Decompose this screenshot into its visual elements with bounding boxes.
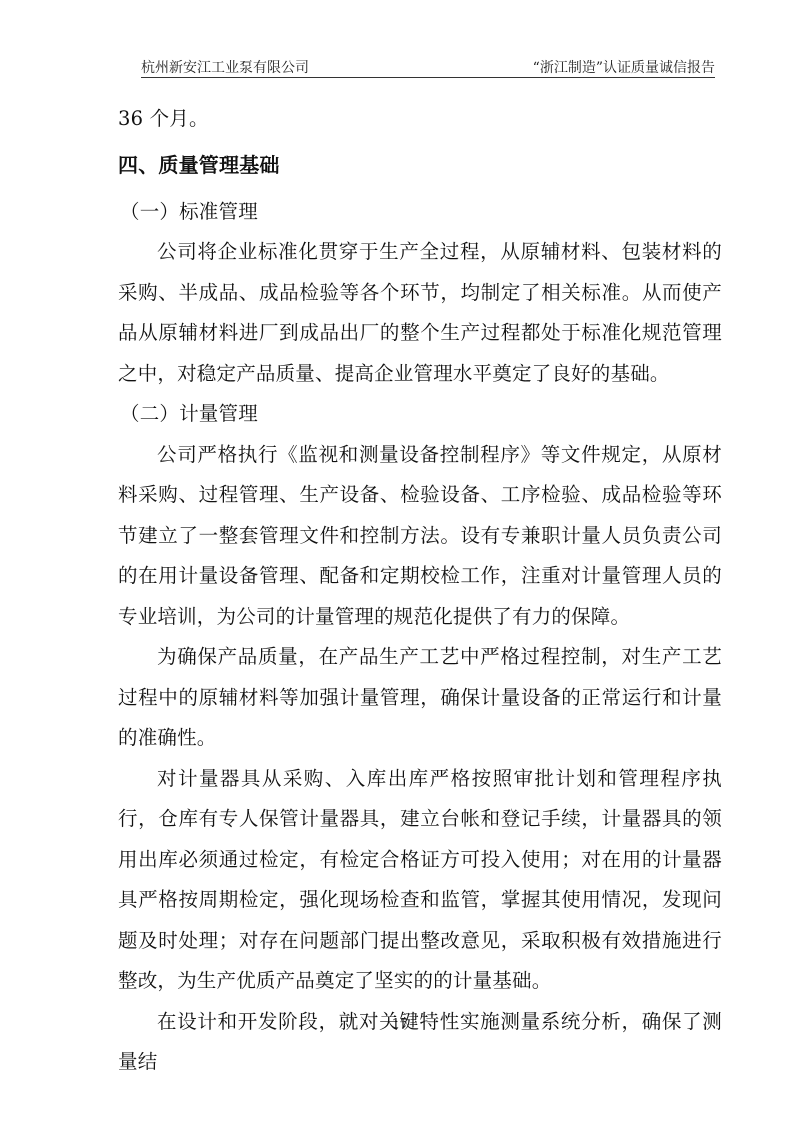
- continuation-line: 36 个月。: [118, 99, 722, 140]
- subsection-metrology-management: （二）计量管理 公司严格执行《监视和测量设备控制程序》等文件规定，从原材料采购、…: [118, 394, 722, 1083]
- subsection-heading: （一）标准管理: [118, 192, 722, 233]
- paragraph: 在设计和开发阶段，就对关键特性实施测量系统分析，确保了测量结: [118, 1002, 722, 1083]
- paragraph: 公司将企业标准化贯穿于生产全过程，从原辅材料、包装材料的采购、半成品、成品检验等…: [118, 232, 722, 394]
- page-number: 17: [0, 1017, 800, 1032]
- subsection-heading: （二）计量管理: [118, 394, 722, 435]
- page-header: 杭州新安江工业泵有限公司 “浙江制造”认证质量诚信报告: [141, 58, 715, 78]
- header-company-name: 杭州新安江工业泵有限公司: [141, 59, 309, 77]
- section-heading: 四、质量管理基础: [118, 144, 722, 186]
- paragraph: 公司严格执行《监视和测量设备控制程序》等文件规定，从原材料采购、过程管理、生产设…: [118, 435, 722, 638]
- header-report-title: “浙江制造”认证质量诚信报告: [533, 59, 715, 77]
- subsection-standard-management: （一）标准管理 公司将企业标准化贯穿于生产全过程，从原辅材料、包装材料的采购、半…: [118, 192, 722, 395]
- paragraph: 对计量器具从采购、入库出库严格按照审批计划和管理程序执行，仓库有专人保管计量器具…: [118, 759, 722, 1002]
- paragraph: 为确保产品质量，在产品生产工艺中严格过程控制，对生产工艺过程中的原辅材料等加强计…: [118, 637, 722, 759]
- document-body: 36 个月。 四、质量管理基础 （一）标准管理 公司将企业标准化贯穿于生产全过程…: [118, 99, 722, 1083]
